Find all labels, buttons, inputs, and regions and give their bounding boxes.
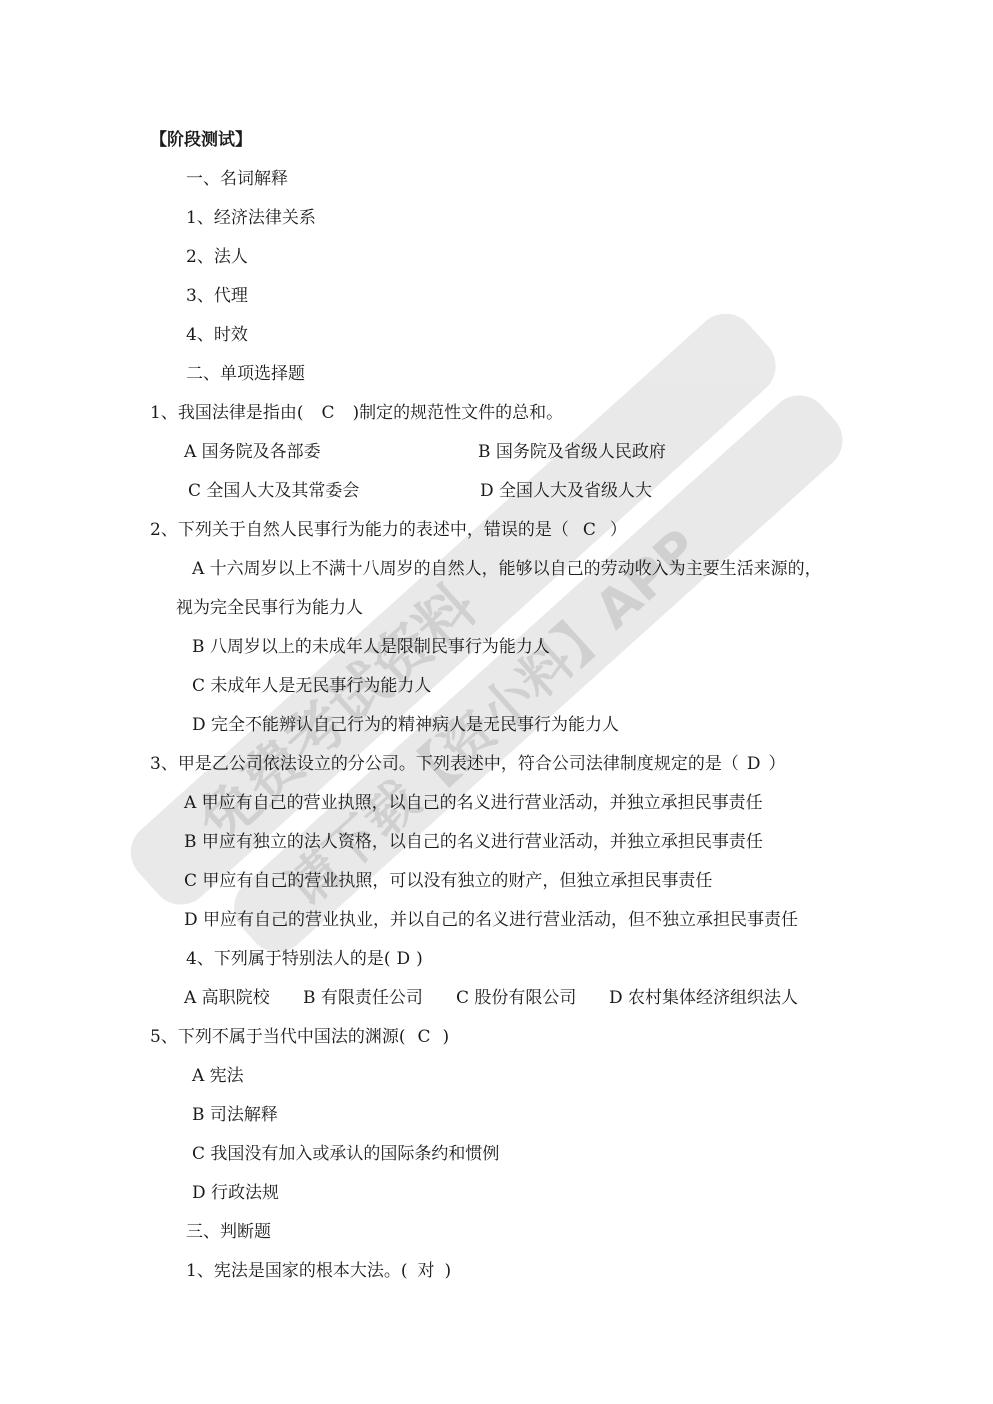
option: C 未成年人是无民事行为能力人 [192, 675, 431, 697]
question-stem: 1、我国法律是指由(C)制定的规范性文件的总和。 [150, 402, 563, 424]
answer: D [739, 753, 769, 775]
section-heading-true-false: 三、判断题 [186, 1221, 271, 1243]
option: B 甲应有独立的法人资格，以自己的名义进行营业活动，并独立承担民事责任 [184, 831, 763, 853]
option: B 有限责任公司 [303, 987, 423, 1009]
question-stem: 1、宪法是国家的根本大法。(对) [186, 1260, 451, 1282]
option-continuation: 视为完全民事行为能力人 [176, 597, 363, 619]
option: A 十六周岁以上不满十八周岁的自然人，能够以自己的劳动收入为主要生活来源的， [192, 558, 822, 580]
section-heading-single-choice: 二、单项选择题 [186, 363, 305, 385]
stem-text: )制定的规范性文件的总和。 [352, 403, 563, 423]
question-stem: 3、甲是乙公司依法设立的分公司。下列表述中，符合公司法律制度规定的是（D） [150, 753, 785, 775]
option: B 八周岁以上的未成年人是限制民事行为能力人 [192, 636, 550, 658]
option: C 股份有限公司 [456, 987, 576, 1009]
stem-text: ） [610, 520, 627, 540]
definition-item: 2、法人 [186, 246, 248, 268]
stem-text: ) [416, 949, 423, 969]
option: B 司法解释 [192, 1104, 278, 1126]
question-stem: 5、下列不属于当代中国法的渊源(C) [150, 1026, 449, 1048]
option: A 甲应有自己的营业执照，以自己的名义进行营业活动，并独立承担民事责任 [184, 792, 763, 814]
option: C 甲应有自己的营业执照，可以没有独立的财产，但独立承担民事责任 [184, 870, 712, 892]
stem-text: 1、我国法律是指由( [150, 403, 303, 423]
option: D 完全不能辨认自己行为的精神病人是无民事行为能力人 [192, 714, 619, 736]
stem-text: ) [442, 1027, 449, 1047]
answer: C [569, 519, 610, 541]
option: A 高职院校 [184, 987, 270, 1009]
option: C 我国没有加入或承认的国际条约和惯例 [192, 1143, 499, 1165]
option: D 全国人大及省级人大 [480, 480, 652, 502]
option: A 国务院及各部委 [184, 441, 321, 463]
answer: 对 [407, 1260, 444, 1282]
page-title: 【阶段测试】 [150, 129, 252, 151]
answer: C [303, 402, 352, 424]
stem-text: 1、宪法是国家的根本大法。( [186, 1261, 407, 1281]
option: A 宪法 [192, 1065, 244, 1087]
stem-text: 3、甲是乙公司依法设立的分公司。下列表述中，符合公司法律制度规定的是（ [150, 754, 739, 774]
definition-item: 1、经济法律关系 [186, 207, 316, 229]
answer: D [390, 948, 416, 970]
stem-text: ） [768, 754, 785, 774]
stem-text: 4、下列属于特别法人的是( [186, 949, 390, 969]
answer: C [405, 1026, 442, 1048]
option: B 国务院及省级人民政府 [478, 441, 666, 463]
section-heading-definitions: 一、名词解释 [186, 168, 288, 190]
question-stem: 2、下列关于自然人民事行为能力的表述中，错误的是（C） [150, 519, 627, 541]
option: C 全国人大及其常委会 [188, 480, 359, 502]
stem-text: 5、下列不属于当代中国法的渊源( [150, 1027, 405, 1047]
option: D 甲应有自己的营业执业，并以自己的名义进行营业活动，但不独立承担民事责任 [184, 909, 798, 931]
stem-text: 2、下列关于自然人民事行为能力的表述中，错误的是（ [150, 520, 569, 540]
stem-text: ) [444, 1261, 451, 1281]
definition-item: 4、时效 [186, 324, 248, 346]
question-stem: 4、下列属于特别法人的是(D) [186, 948, 423, 970]
definition-item: 3、代理 [186, 285, 248, 307]
option: D 农村集体经济组织法人 [609, 987, 798, 1009]
option: D 行政法规 [192, 1182, 279, 1204]
